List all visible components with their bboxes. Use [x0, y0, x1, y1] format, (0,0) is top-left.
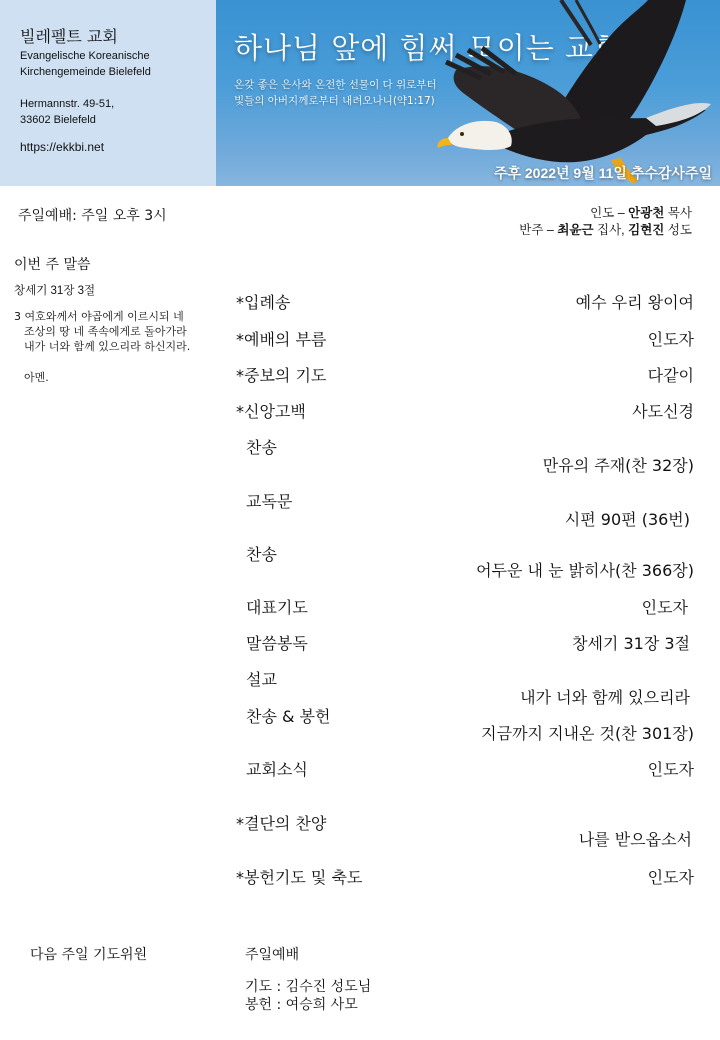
order-label: *신앙고백 — [236, 399, 306, 422]
leader-line: 인도 – 안광천 목사 — [519, 205, 692, 222]
order-label: 찬송 — [246, 435, 277, 458]
banner-verse-line2: 빛들의 아버지께로부터 내려오나니(약1:17) — [234, 93, 437, 109]
accompanist-line: 반주 – 최윤근 집사, 김현진 성도 — [519, 222, 692, 239]
weekly-word-reference: 창세기 31장 3절 — [14, 282, 95, 298]
order-label: 찬송 — [246, 542, 277, 565]
order-label: 설교 — [246, 667, 277, 690]
order-label: *예배의 부름 — [236, 327, 326, 350]
accomp-title2: 성도 — [664, 223, 692, 237]
website-link[interactable]: https://ekkbi.net — [20, 140, 216, 154]
accomp-prefix: 반주 – — [519, 223, 557, 237]
order-label: 말씀봉독 — [246, 631, 308, 654]
church-info-panel: 빌레펠트 교회 Evangelische Koreanische Kirchen… — [0, 0, 216, 186]
order-label: *결단의 찬양 — [236, 811, 326, 834]
order-value: 인도자 — [648, 865, 694, 888]
banner-verse: 온갖 좋은 은사와 온전한 선물이 다 위로부터 빛들의 아버지께로부터 내려오… — [234, 77, 437, 109]
weekly-word-amen: 아멘. — [24, 369, 49, 385]
order-label: *중보의 기도 — [236, 363, 326, 386]
next-week-prayer: 기도 : 김수진 성도님 — [245, 978, 371, 996]
leader-title: 목사 — [664, 206, 692, 220]
org-name-line1: Evangelische Koreanische — [20, 48, 216, 64]
service-leaders: 인도 – 안광천 목사 반주 – 최윤근 집사, 김현진 성도 — [519, 205, 692, 239]
weekly-word-text: 3 여호와께서 야곱에게 이르시되 네 조상의 땅 네 족속에게로 돌아가라 내… — [14, 309, 224, 354]
order-label: 교회소식 — [246, 757, 308, 780]
order-value: 예수 우리 왕이여 — [576, 290, 694, 313]
order-value: 사도신경 — [632, 399, 694, 422]
banner-verse-line1: 온갖 좋은 은사와 온전한 선물이 다 위로부터 — [234, 77, 437, 93]
order-label: 대표기도 — [246, 595, 308, 618]
order-label: *입례송 — [236, 290, 290, 313]
accomp-name1: 최윤근 — [557, 223, 593, 237]
org-name-line2: Kirchengemeinde Bielefeld — [20, 64, 216, 80]
leader-name: 안광천 — [628, 206, 664, 220]
order-value: 인도자 — [642, 595, 688, 618]
order-label: 교독문 — [246, 489, 292, 512]
accomp-title1: 집사, — [594, 223, 629, 237]
church-name: 빌레펠트 교회 — [20, 26, 216, 48]
next-week-service: 주일예배 — [245, 944, 299, 964]
order-value: 인도자 — [648, 757, 694, 780]
order-label: *봉헌기도 및 축도 — [236, 865, 362, 888]
order-value: 지금까지 지내온 것(찬 301장) — [481, 721, 694, 744]
next-week-title: 다음 주일 기도위원 — [30, 944, 147, 964]
verse-line2: 조상의 땅 네 족속에게로 돌아가라 — [14, 324, 224, 339]
verse-line1: 3 여호와께서 야곱에게 이르시되 네 — [14, 309, 224, 324]
order-value: 나를 받으옵소서 — [579, 827, 692, 850]
order-value: 다같이 — [648, 363, 694, 386]
header-banner: 하나님 앞에 힘써 모이는 교회 온갖 좋은 은사와 온전한 선물이 다 위로부… — [216, 0, 720, 186]
next-week-offering: 봉헌 : 여승희 사모 — [245, 996, 371, 1014]
next-week-people: 기도 : 김수진 성도님 봉헌 : 여승희 사모 — [245, 978, 371, 1014]
order-value: 창세기 31장 3절 — [572, 631, 690, 654]
order-value: 인도자 — [648, 327, 694, 350]
weekly-word-title: 이번 주 말씀 — [14, 254, 91, 274]
order-value: 시편 90편 (36번) — [565, 507, 690, 530]
verse-line3: 내가 너와 함께 있으리라 하신지라. — [14, 339, 224, 354]
banner-date: 주후 2022년 9월 11일 추수감사주일 — [494, 163, 712, 183]
address-line1: Hermannstr. 49-51, — [20, 96, 216, 112]
order-value: 어두운 내 눈 밝히사(찬 366장) — [476, 558, 694, 581]
leader-prefix: 인도 – — [590, 206, 628, 220]
service-time: 주일예배: 주일 오후 3시 — [18, 205, 167, 225]
accomp-name2: 김현진 — [628, 223, 664, 237]
order-value: 만유의 주재(찬 32장) — [543, 453, 694, 476]
order-label: 찬송 & 봉헌 — [246, 704, 330, 727]
address-line2: 33602 Bielefeld — [20, 112, 216, 128]
order-value: 내가 너와 함께 있으리라 — [520, 685, 690, 708]
